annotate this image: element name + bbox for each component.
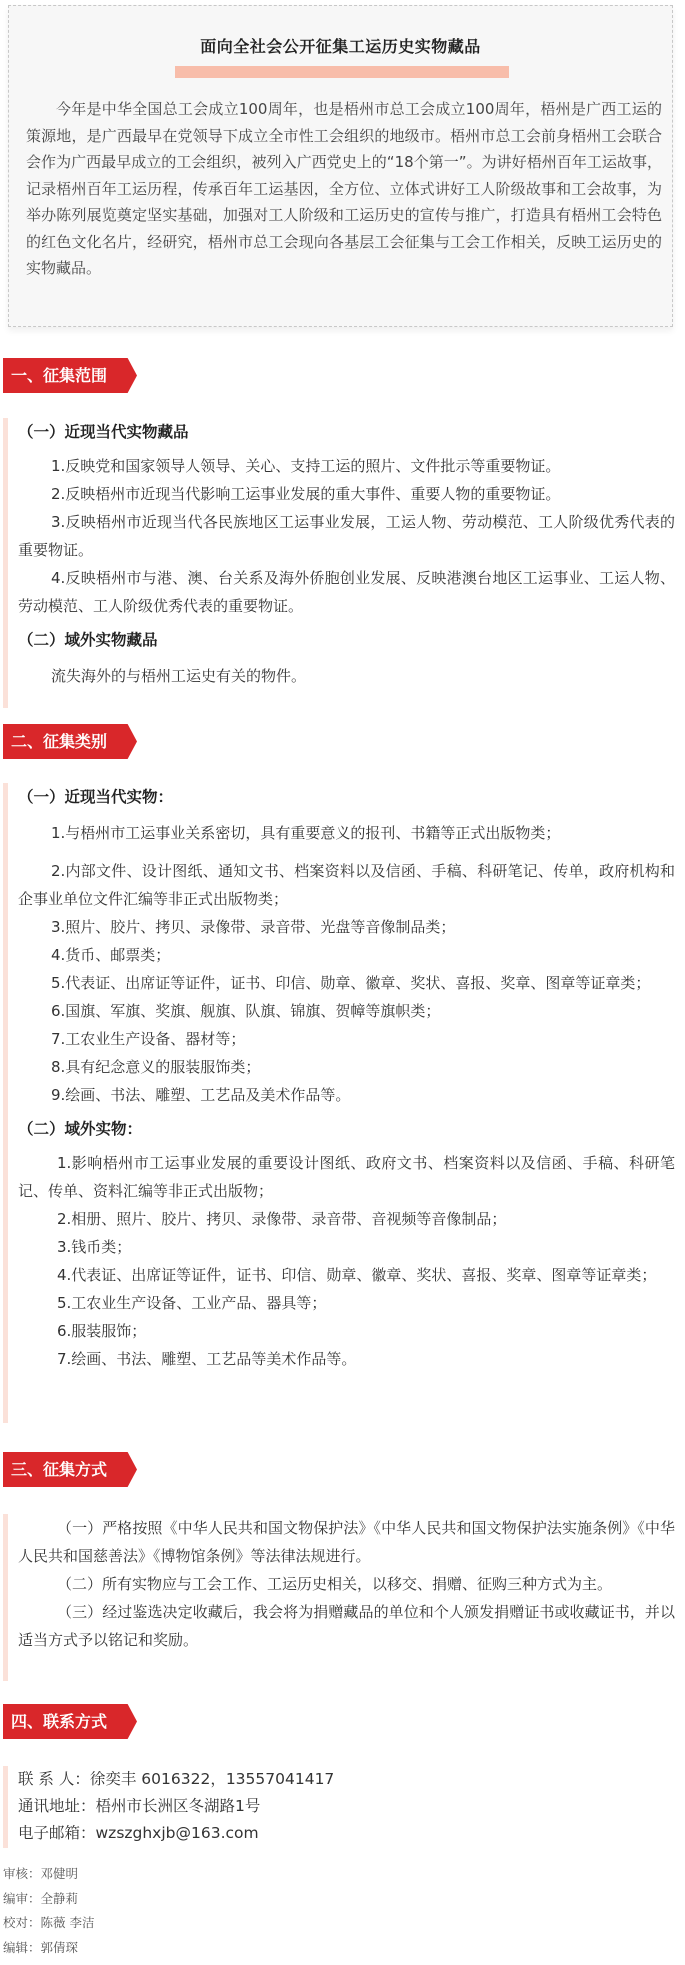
list-item: 6.服装服饰；	[8, 1317, 675, 1345]
subsection-title: （一）近现当代实物：	[8, 783, 675, 811]
section-banner-scope: 一、征集范围	[3, 358, 137, 393]
contact-email[interactable]: 电子邮箱：wzszghxjb@163.com	[8, 1820, 675, 1847]
contact-person: 联 系 人：徐奕丰 6016322，13557041417	[8, 1766, 675, 1793]
list-item: 1.反映党和国家领导人领导、关心、支持工运的照片、文件批示等重要物证。	[8, 452, 675, 480]
list-item: 3.照片、胶片、拷贝、录像带、录音带、光盘等音像制品类；	[8, 913, 675, 941]
title-accent-bar	[175, 66, 509, 78]
intro-box: 面向全社会公开征集工运历史实物藏品 今年是中华全国总工会成立100周年，也是梧州…	[8, 5, 673, 327]
list-item: （一）严格按照《中华人民共和国文物保护法》《中华人民共和国文物保护法实施条例》《…	[8, 1514, 675, 1570]
list-item: 4.货币、邮票类；	[8, 941, 675, 969]
list-item: 3.钱币类；	[8, 1233, 675, 1261]
list-item: 2.内部文件、设计图纸、通知文书、档案资料以及信函、手稿、科研笔记、传单，政府机…	[8, 857, 675, 913]
list-item: 4.反映梧州市与港、澳、台关系及海外侨胞创业发展、反映港澳台地区工运事业、工运人…	[8, 564, 675, 620]
credit-reviewer: 审核：邓健明	[3, 1862, 94, 1887]
credit-proofreader: 校对：陈薇 李洁	[3, 1911, 94, 1936]
section-banner-contact: 四、联系方式	[3, 1704, 137, 1739]
section-banner-categories: 二、征集类别	[3, 724, 137, 759]
list-item: 2.反映梧州市近现当代影响工运事业发展的重大事件、重要人物的重要物证。	[8, 480, 675, 508]
section-contact-body: 联 系 人：徐奕丰 6016322，13557041417 通讯地址：梧州市长洲…	[3, 1766, 675, 1848]
contact-address: 通讯地址：梧州市长洲区冬湖路1号	[8, 1793, 675, 1820]
list-item: 5.代表证、出席证等证件，证书、印信、勋章、徽章、奖状、喜报、奖章、图章等证章类…	[8, 969, 675, 997]
section-categories-body: （一）近现当代实物： 1.与梧州市工运事业关系密切，具有重要意义的报刊、书籍等正…	[3, 783, 675, 1423]
list-item: 流失海外的与梧州工运史有关的物件。	[8, 662, 675, 690]
list-item: 6.国旗、军旗、奖旗、舰旗、队旗、锦旗、贺幛等旗帜类；	[8, 997, 675, 1025]
list-item: 1.影响梧州市工运事业发展的重要设计图纸、政府文书、档案资料以及信函、手稿、科研…	[8, 1149, 675, 1205]
list-item: 1.与梧州市工运事业关系密切，具有重要意义的报刊、书籍等正式出版物类；	[8, 819, 675, 847]
page-title: 面向全社会公开征集工运历史实物藏品	[9, 34, 672, 57]
credits: 审核：邓健明 编审：全静莉 校对：陈薇 李洁 编辑：郭倩琛	[3, 1862, 94, 1960]
subsection-title: （一）近现当代实物藏品	[8, 418, 675, 446]
section-scope-body: （一）近现当代实物藏品 1.反映党和国家领导人领导、关心、支持工运的照片、文件批…	[3, 418, 675, 708]
credit-editor: 编辑：郭倩琛	[3, 1936, 94, 1961]
list-item: 4.代表证、出席证等证件，证书、印信、勋章、徽章、奖状、喜报、奖章、图章等证章类…	[8, 1261, 675, 1289]
list-item: 7.绘画、书法、雕塑、工艺品等美术作品等。	[8, 1345, 675, 1373]
list-item: 9.绘画、书法、雕塑、工艺品及美术作品等。	[8, 1081, 675, 1109]
section-banner-method: 三、征集方式	[3, 1452, 137, 1487]
section-method-body: （一）严格按照《中华人民共和国文物保护法》《中华人民共和国文物保护法实施条例》《…	[3, 1514, 675, 1681]
credit-chief-editor: 编审：全静莉	[3, 1887, 94, 1912]
intro-paragraph: 今年是中华全国总工会成立100周年，也是梧州市总工会成立100周年，梧州是广西工…	[26, 96, 662, 282]
list-item: （二）所有实物应与工会工作、工运历史相关，以移交、捐赠、征购三种方式为主。	[8, 1570, 675, 1598]
subsection-title: （二）域外实物藏品	[8, 626, 675, 654]
list-item: 8.具有纪念意义的服装服饰类；	[8, 1053, 675, 1081]
subsection-title: （二）域外实物：	[8, 1115, 675, 1143]
list-item: 3.反映梧州市近现当代各民族地区工运事业发展，工运人物、劳动模范、工人阶级优秀代…	[8, 508, 675, 564]
list-item: 2.相册、照片、胶片、拷贝、录像带、录音带、音视频等音像制品；	[8, 1205, 675, 1233]
list-item: 7.工农业生产设备、器材等；	[8, 1025, 675, 1053]
list-item: （三）经过鉴选决定收藏后，我会将为捐赠藏品的单位和个人颁发捐赠证书或收藏证书，并…	[8, 1598, 675, 1654]
list-item: 5.工农业生产设备、工业产品、器具等；	[8, 1289, 675, 1317]
